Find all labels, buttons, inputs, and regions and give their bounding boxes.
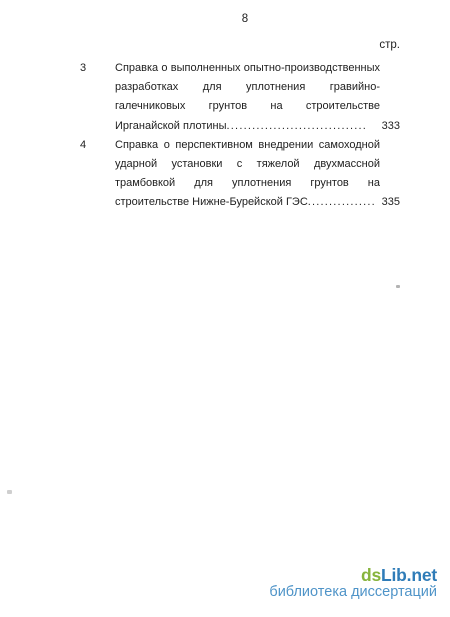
toc-entry-title: Справка о выполненных опытно-производств… — [115, 59, 380, 136]
scan-speck — [396, 285, 400, 288]
dslib-tagline: библиотека диссертаций — [269, 585, 437, 600]
toc-page-ref: 333 — [380, 59, 400, 136]
logo-ds-part: ds — [361, 565, 381, 585]
toc-entry: 3 Справка о выполненных опытно-производс… — [80, 59, 400, 136]
toc-title-line: трамбовкой для уплотнения грунтов на — [115, 174, 380, 193]
page-column-header: стр. — [379, 39, 400, 52]
toc-title-last-line: строительстве Нижне-Бурейской ГЭС.......… — [115, 193, 380, 212]
toc-entry-number: 3 — [80, 59, 115, 136]
toc-entry-title: Справка о перспективном внедрении самохо… — [115, 136, 380, 213]
scan-speck — [7, 490, 12, 494]
dot-leader: ................ — [308, 196, 376, 208]
dslib-wordmark[interactable]: dsLib.net — [269, 566, 437, 584]
toc-entry: 4 Справка о перспективном внедрении само… — [80, 136, 400, 213]
toc-title-line: галечниковых грунтов на строительстве — [115, 97, 380, 116]
page-number: 8 — [90, 13, 400, 26]
toc-title-text: строительстве Нижне-Бурейской ГЭС — [115, 196, 308, 208]
toc-page-ref-value: 333 — [382, 117, 400, 136]
document-page: 8 стр. 3 Справка о выполненных опытно-пр… — [0, 0, 450, 617]
dslib-logo[interactable]: dsLib.net библиотека диссертаций — [269, 566, 437, 600]
dot-leader: ................................. — [227, 120, 367, 132]
toc-title-line: разработках для уплотнения гравийно- — [115, 78, 380, 97]
toc-title-line: Справка о перспективном внедрении самохо… — [115, 136, 380, 155]
toc-title-last-line: Ирганайской плотины.....................… — [115, 117, 380, 136]
toc-entry-number: 4 — [80, 136, 115, 213]
table-of-contents: 3 Справка о выполненных опытно-производс… — [80, 59, 400, 213]
toc-title-text: Ирганайской плотины — [115, 120, 227, 132]
toc-page-ref-value: 335 — [382, 193, 400, 212]
logo-libnet-part: Lib.net — [381, 565, 437, 585]
toc-title-line: ударной установки с тяжелой двухмассной — [115, 155, 380, 174]
toc-page-ref: 335 — [380, 136, 400, 213]
toc-title-line: Справка о выполненных опытно-производств… — [115, 59, 380, 78]
